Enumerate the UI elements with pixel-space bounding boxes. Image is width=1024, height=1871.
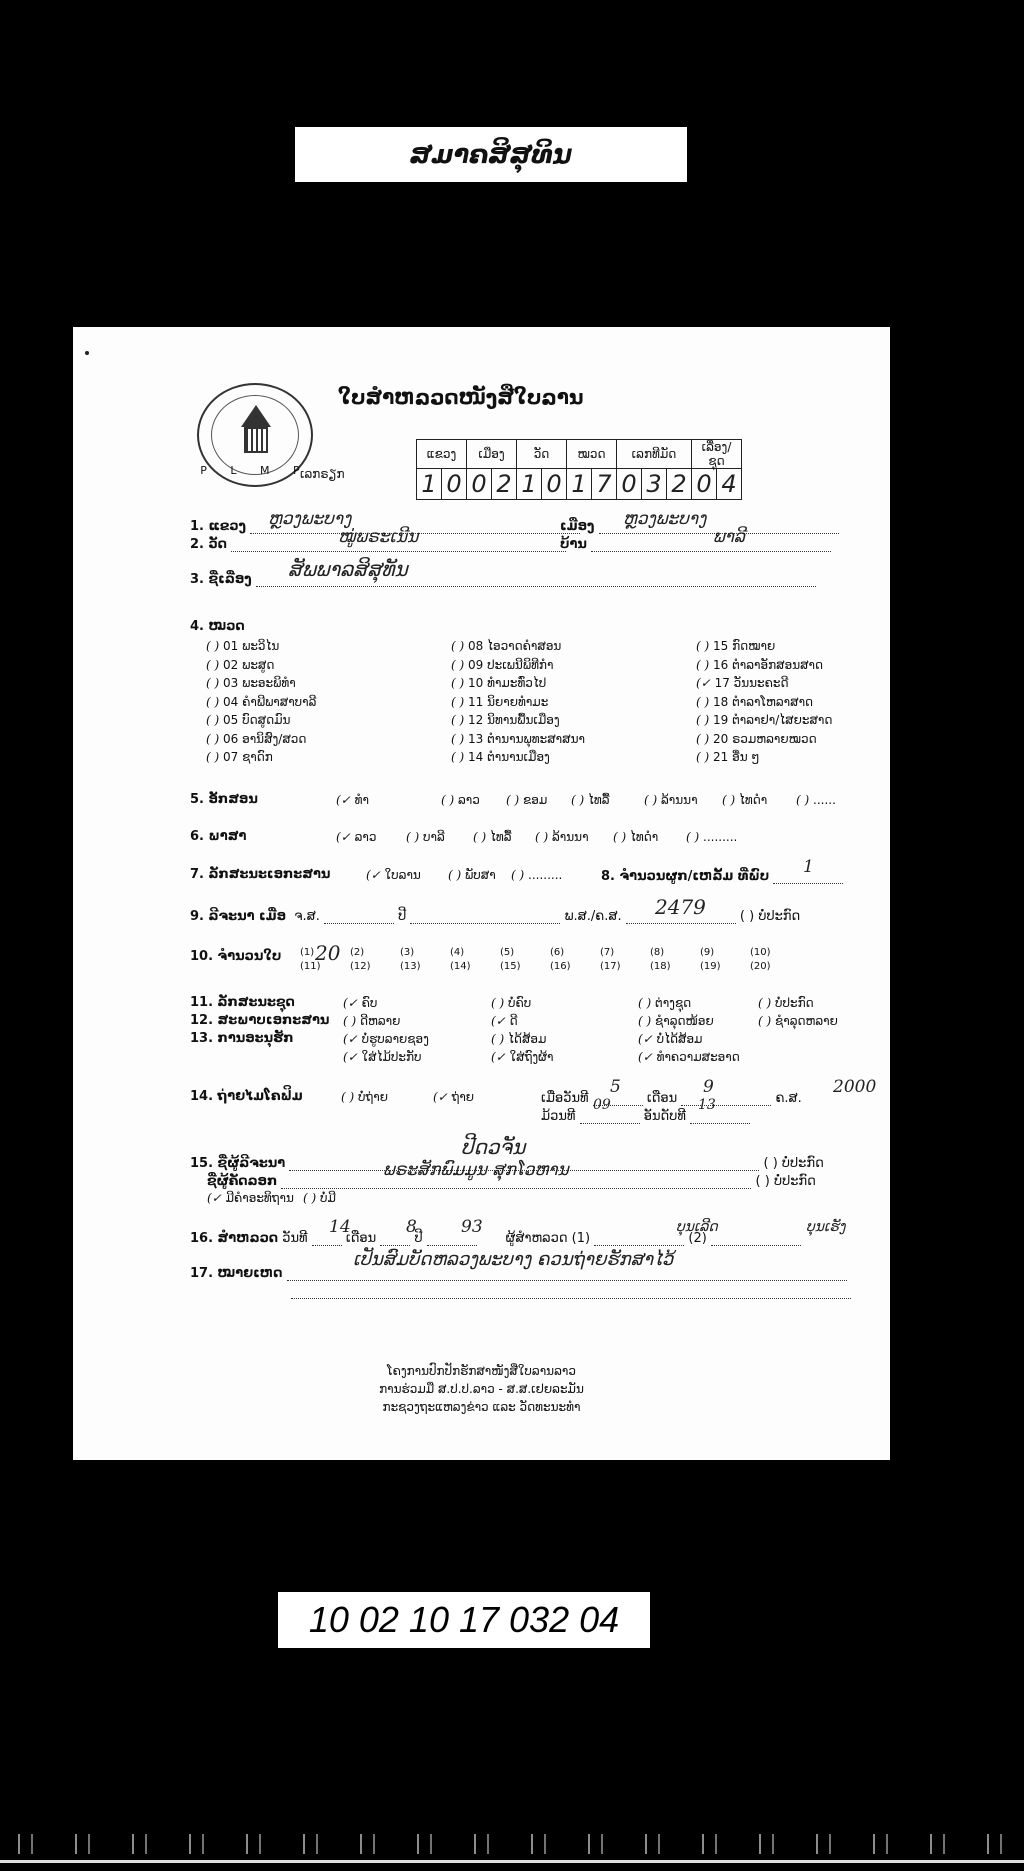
code-digit-cell: 3 [642,469,667,500]
checkbox[interactable]: ( ) [696,695,709,709]
checkbox[interactable]: ( ) [451,676,464,690]
date-unknown-checkbox[interactable]: ( ) ບໍ່ປະກົດ [740,909,800,924]
preservation-option[interactable]: (✓ ໃສ່ໄມ້ປະກັບ [343,1050,422,1064]
story-name-label: 3. ຊື່ເລື່ອງ [190,572,252,587]
checkbox[interactable]: (✓ [343,1050,358,1064]
checkbox[interactable]: (✓ [491,1014,506,1028]
cs-line[interactable] [324,907,394,924]
checkbox[interactable]: (✓ [343,1032,358,1046]
header-title-card: ສມາຄສິສຸທິນ [295,127,687,182]
leaf-slot[interactable]: (15) [500,961,521,972]
option-label: ຂອມ [523,793,547,807]
condition-label: 12. ສະພາບເອກະສານ [190,1013,329,1028]
category-option-13[interactable]: ( ) 13 ຕຳນານພຸທະສາສນາ [451,732,585,746]
leaf-count-value: 20 [315,941,340,965]
completeness-option[interactable]: (✓ ຄົບ [343,996,377,1010]
option-label: ທຳຄວາມສະອາດ [657,1050,740,1064]
survey-form-page: P L M P ໃບສຳຫລວດໜັງສືໃບລານ ເລກຣຽກ ແຂວງເມ… [73,327,890,1460]
microfilm-label: 14. ຖ່າຍໄມໂຄຟິມ [190,1089,303,1104]
checkbox[interactable]: (✓ [696,676,711,690]
preservation-option[interactable]: (✓ ບໍ່ໄດ້ສ້ອມ [638,1032,702,1046]
surveyor2-line[interactable] [711,1229,801,1246]
category-option-14[interactable]: ( ) 14 ຕຳນານເມືອງ [451,750,550,764]
code-digit-cell: 0 [692,469,717,500]
form-footer: ໂຄງການປົກປັກຮັກສາໜັງສືໃບລານລາວ ການຮ່ວມມື… [73,1362,890,1416]
checkbox[interactable]: ( ) [796,793,809,807]
checkbox[interactable]: ( ) [406,830,419,844]
survey-month-value: 8 [406,1217,417,1237]
leaf-slot[interactable]: (16) [550,961,571,972]
province-label: 1. ແຂວງ [190,519,246,534]
checkbox[interactable]: ( ) [696,732,709,746]
village-line[interactable] [591,535,831,552]
leaf-slot[interactable]: (7) [600,947,614,958]
checkbox[interactable]: ( ) [696,639,709,653]
field-village: ບ້ານ [560,535,831,552]
code-digit-cell: 1 [517,469,542,500]
option-label: ທຳ [355,793,369,807]
seal-acronym: P L M P [199,464,311,477]
leaf-slot[interactable]: (1) [300,947,314,958]
leaf-slot[interactable]: (9) [700,947,714,958]
village-value: ພາລີ [713,527,745,547]
code-digit-cell: 7 [592,469,617,500]
leaf-slot[interactable]: (5) [500,947,514,958]
field-copied-date: 9. ລີຈະນາ ເມື່ອ ຈ.ສ. ປີ ພ.ສ./ຄ.ສ. ( ) ບໍ… [190,907,800,924]
language-option[interactable]: (✓ ລາວ [336,830,376,844]
scribe-label: ຊື່ຜູ້ຄັດລອກ [207,1174,277,1189]
surveyor1-label: (1) [572,1231,590,1246]
doc-type-label: 7. ລັກສະນະເອກະສານ [190,867,330,882]
option-label: 09 ປະເພນີພິທີກຳ [468,658,553,672]
category-option-20[interactable]: ( ) 20 ຣວມຫລາຍໝວດ [696,732,817,746]
category-option-01[interactable]: ( ) 01 ພະວິໄນ [206,639,279,653]
leaf-slot[interactable]: (3) [400,947,414,958]
option-label: ດີຫລາຍ [360,1014,400,1028]
checkbox[interactable]: ( ) [613,830,626,844]
completeness-label: 11. ລັກສະນະຊຸດ [190,995,295,1010]
checkbox[interactable]: ( ) [644,793,657,807]
option-label: 11 ນິຍາຍທຳມະ [468,695,548,709]
temple-value: ໝູ່ພຣະເນີນ [338,527,418,547]
microfilm-date: ເມື່ອວັນທີ ເດືອນ ຄ.ສ. [541,1089,802,1106]
completeness-option[interactable]: ( ) ຕ່າງຊຸດ [638,996,691,1010]
microfilm-option[interactable]: (✓ ຖ່າຍ [433,1090,474,1104]
colophon-option[interactable]: ( ) ບໍ່ມີ [303,1191,336,1205]
checkbox[interactable]: ( ) [451,695,464,709]
leaf-slot[interactable]: (10) [750,947,771,958]
leaf-slot[interactable]: (19) [700,961,721,972]
scribe-value: ພຣະສັກພົມມູນ ສຸກໂວຫານ [383,1160,569,1180]
checkbox[interactable]: ( ) [638,1014,651,1028]
be-label: ພ.ສ./ຄ.ສ. [565,909,622,924]
preservation-option[interactable]: (✓ ໃສ່ຖົງຜ້າ [491,1050,554,1064]
checkbox[interactable]: ( ) [491,1032,504,1046]
option-label: 08 ໄອວາດຄຳສອນ [468,639,561,653]
script-option[interactable]: ( ) ລ້ານນາ [644,793,698,807]
province-value: ຫຼວງພະບາງ [268,509,351,529]
option-label: 17 ວັນນະຄະດີ [715,676,789,690]
category-option-12[interactable]: ( ) 12 ນິທານພື້ນເມືອງ [451,713,560,727]
category-option-03[interactable]: ( ) 03 ພະອະພິທຳ [206,676,296,690]
option-label: ບໍ່ໄດ້ສ້ອມ [657,1032,703,1046]
category-option-07[interactable]: ( ) 07 ຊາດົກ [206,750,273,764]
surveyor1-line[interactable] [594,1229,684,1246]
leaf-slot[interactable]: (13) [400,961,421,972]
option-label: ໄທລື້ [588,793,610,807]
option-label: 18 ຕຳລາໂຫລາສາດ [713,695,813,709]
script-option[interactable]: ( ) ລາວ [441,793,480,807]
category-option-17[interactable]: (✓ 17 ວັນນະຄະດີ [696,676,789,690]
leaf-slot[interactable]: (14) [450,961,471,972]
checkbox[interactable]: ( ) [758,996,771,1010]
option-label: 07 ຊາດົກ [223,750,273,764]
survey-label: 16. ສຳຫລວດ [190,1231,278,1246]
option-label: ໃບລານ [385,868,421,882]
leaf-slot[interactable]: (18) [650,961,671,972]
checkbox[interactable]: (✓ [638,1032,653,1046]
script-label: 5. ອັກສອນ [190,792,258,807]
checkbox[interactable]: (✓ [207,1191,222,1205]
leaf-slot[interactable]: (2) [350,947,364,958]
option-label: 06 ອານິສົງ/ສວດ [223,732,306,746]
mf-reel-value: 09 [593,1097,611,1113]
language-label: 6. ພາສາ [190,829,246,844]
speck [85,351,89,355]
checkbox[interactable]: (✓ [336,793,351,807]
option-label: 14 ຕຳນານເມືອງ [468,750,550,764]
checkbox[interactable]: ( ) [571,793,584,807]
category-option-05[interactable]: ( ) 05 ບົດສູດມົນ [206,713,290,727]
option-label: 13 ຕຳນານພຸທະສາສນາ [468,732,585,746]
code-digit-cell: 1 [567,469,592,500]
checkbox[interactable]: ( ) [535,830,548,844]
option-label: ພັບສາ [465,868,496,882]
mf-year-label: ຄ.ສ. [775,1091,801,1106]
option-label: ລ້ານນາ [552,830,589,844]
category-option-09[interactable]: ( ) 09 ປະເພນີພິທີກຳ [451,658,553,672]
option-label: 03 ພະອະພິທຳ [223,676,296,690]
option-label: ລາວ [458,793,480,807]
temple-seal-icon: P L M P [197,383,313,487]
checkbox[interactable]: ( ) [303,1191,316,1205]
year-label: ປີ [398,909,406,924]
option-label: ......... [528,868,562,882]
author-unknown-checkbox[interactable]: ( ) ບໍ່ປະກົດ [764,1156,824,1171]
category-option-19[interactable]: ( ) 19 ຕຳລາຢາ/ໄສຍະສາດ [696,713,832,727]
checkbox[interactable]: ( ) [511,868,524,882]
category-option-06[interactable]: ( ) 06 ອານິສົງ/ສວດ [206,732,306,746]
surveyor-label: ຜູ້ສຳຫລວດ [506,1231,568,1246]
option-label: ມີຄຳອະທິຖານ [226,1191,294,1205]
completeness-option[interactable]: ( ) ບໍ່ປະກົດ [758,996,814,1010]
category-option-21[interactable]: ( ) 21 ອື່ນ ໆ [696,750,760,764]
category-label: 4. ໝວດ [190,619,245,634]
be-value: 2479 [655,895,706,919]
preservation-option[interactable]: (✓ ບໍ່ຮູບລາຍຊອງ [343,1032,429,1046]
category-option-04[interactable]: ( ) 04 ຄຳພີພາສາບາລີ [206,695,316,709]
checkbox[interactable]: ( ) [206,713,219,727]
notes-line-2-row [291,1282,851,1299]
language-option[interactable]: ( ) ໄທລື້ [473,830,512,844]
notes-label: 17. ໝາຍເຫດ [190,1266,282,1281]
condition-option[interactable]: ( ) ຊຳລຸດຫລາຍ [758,1014,838,1028]
author-value: ປີດວຈັນ [461,1135,525,1159]
option-label: ......... [703,830,737,844]
checkbox[interactable]: ( ) [758,1014,771,1028]
option-label: ໄທລື້ [490,830,512,844]
code-header-cell: ແຂວງ [417,440,467,469]
checkbox[interactable]: (✓ [491,1050,506,1064]
survey-day-label: ວັນທີ [282,1231,307,1246]
language-option[interactable]: ( ) ລ້ານນາ [535,830,589,844]
checkbox[interactable]: (✓ [366,868,381,882]
code-digit-cell: 0 [442,469,467,500]
film-code-card: 10 02 10 17 032 04 [278,1592,650,1648]
footer-line-ministry: ກະຊວງຖະແຫລງຂ່າວ ແລະ ວັດທະນະທຳ [73,1398,890,1416]
category-option-08[interactable]: ( ) 08 ໄອວາດຄຳສອນ [451,639,561,653]
checkbox[interactable]: ( ) [686,830,699,844]
option-label: ບໍ່ຄົບ [508,996,531,1010]
mf-month-label: ເດືອນ [647,1091,677,1106]
checkbox[interactable]: (✓ [343,996,358,1010]
surveyor2-value: ບຸນເຮັງ [806,1219,846,1235]
checkbox[interactable]: ( ) [451,658,464,672]
story-name-value: ສັພພາລສິສຸທັນ [288,557,408,581]
option-label: 19 ຕຳລາຢາ/ໄສຍະສາດ [713,713,832,727]
reference-label: ເລກຣຽກ [300,467,345,481]
survey-year-value: 93 [461,1217,483,1237]
doc-type-option[interactable]: ( ) ......... [511,868,562,882]
code-table: ແຂວງເມືອງວັດໝວດເລກທີມັດເລື່ອງ/ຊຸດ 100210… [416,439,742,500]
option-label: ...... [813,793,836,807]
option-label: 21 ອື່ນ ໆ [713,750,759,764]
checkbox[interactable]: ( ) [451,750,464,764]
leaf-slot[interactable]: (8) [650,947,664,958]
script-option[interactable]: ( ) ໄທດຳ [722,793,767,807]
checkbox[interactable]: ( ) [451,639,464,653]
language-option[interactable]: ( ) ບາລີ [406,830,445,844]
mf-month-value: 9 [703,1077,714,1097]
surveyor1-value: ບຸນເລີດ [676,1219,718,1235]
header-title: ສມາຄສິສຸທິນ [410,140,572,170]
option-label: ໃສ່ຖົງຜ້າ [510,1050,554,1064]
code-digit-cell: 2 [667,469,692,500]
option-label: ບາລີ [423,830,445,844]
checkbox[interactable]: (✓ [433,1090,448,1104]
option-label: ດີ [510,1014,518,1028]
footer-line-project: ໂຄງການປົກປັກຮັກສາໜັງສືໃບລານລາວ [73,1362,890,1380]
code-header-cell: ເລກທີມັດ [617,440,692,469]
mf-year-value: 2000 [833,1077,876,1097]
checkbox[interactable]: ( ) [696,658,709,672]
code-header-cell: ໝວດ [567,440,617,469]
option-label: ໃສ່ໄມ້ປະກັບ [362,1050,422,1064]
code-digit-cell: 2 [492,469,517,500]
checkbox[interactable]: ( ) [491,996,504,1010]
option-label: ຊຳລຸດຫລາຍ [775,1014,838,1028]
option-label: ຊຳລຸດໜ້ອຍ [655,1014,714,1028]
notes-line-2[interactable] [291,1282,851,1299]
code-header-cell: ເລື່ອງ/ຊຸດ [692,440,742,469]
option-label: ໄທດຳ [739,793,767,807]
cs-label: ຈ.ສ. [294,909,320,924]
mf-month-line[interactable] [681,1089,771,1106]
mf-seq-label: ອັນດັບທີ [644,1109,686,1124]
option-label: ຖ່າຍ [452,1090,474,1104]
film-edge-marks [0,1834,1024,1854]
year-line[interactable] [410,907,560,924]
checkbox[interactable]: ( ) [206,750,219,764]
category-option-15[interactable]: ( ) 15 ກົດໝາຍ [696,639,775,653]
checkbox[interactable]: ( ) [206,658,219,672]
mf-seq-value: 13 [698,1097,716,1113]
option-label: 20 ຣວມຫລາຍໝວດ [713,732,817,746]
checkbox[interactable]: ( ) [343,1014,356,1028]
leaf-slot[interactable]: (20) [750,961,771,972]
checkbox[interactable]: ( ) [451,713,464,727]
film-edge-line [0,1860,1024,1863]
checkbox[interactable]: ( ) [696,713,709,727]
code-digit-cell: 0 [467,469,492,500]
option-label: 05 ບົດສູດມົນ [223,713,290,727]
code-digit-cell: 1 [417,469,442,500]
preservation-option[interactable]: ( ) ໄດ້ສ້ອມ [491,1032,546,1046]
notes-value: ເປັນສົມບັດຫລວງພະບາງ ຄວນຖ່າຍຮັກສາໄວ້ [353,1249,673,1270]
code-digit-cell: 0 [542,469,567,500]
film-code: 10 02 10 17 032 04 [309,1599,619,1641]
checkbox[interactable]: ( ) [451,732,464,746]
category-option-10[interactable]: ( ) 10 ທຳມະທົ່ວໄປ [451,676,546,690]
mf-reel-label: ມ້ວນທີ [541,1109,575,1124]
option-label: ລາວ [355,830,377,844]
code-header-cell: ວັດ [517,440,567,469]
preservation-option[interactable]: (✓ ທຳຄວາມສະອາດ [638,1050,740,1064]
footer-line-cooperation: ການຮ່ວມມື ສ.ປ.ປ.ລາວ - ສ.ສ.ເຢຍລະມັນ [73,1380,890,1398]
option-label: ລ້ານນາ [661,793,698,807]
option-label: 02 ພະສູດ [223,658,274,672]
mf-day-label: ເມື່ອວັນທີ [541,1091,589,1106]
category-option-18[interactable]: ( ) 18 ຕຳລາໂຫລາສາດ [696,695,813,709]
author-label: 15. ຊື່ຜູ້ລີຈະນາ [190,1156,285,1171]
checkbox[interactable]: ( ) [206,695,219,709]
leaf-slot[interactable]: (6) [550,947,564,958]
option-label: 04 ຄຳພີພາສາບາລີ [223,695,316,709]
checkbox[interactable]: ( ) [448,868,461,882]
language-option[interactable]: ( ) ......... [686,830,737,844]
checkbox[interactable]: ( ) [638,996,651,1010]
checkbox[interactable]: (✓ [638,1050,653,1064]
script-option[interactable]: ( ) ຂອມ [506,793,547,807]
bundle-count-label: 8. ຈຳນວນຜູກ/ເຫລັ້ມ ທີ່ພົບ [601,869,769,884]
option-label: ໄທດຳ [630,830,658,844]
script-option[interactable]: ( ) ...... [796,793,836,807]
completeness-option[interactable]: ( ) ບໍ່ຄົບ [491,996,531,1010]
option-label: 12 ນິທານພື້ນເມືອງ [468,713,560,727]
code-digit-cell: 0 [617,469,642,500]
leaf-slot[interactable]: (17) [600,961,621,972]
bundle-count-value: 1 [803,857,814,877]
checkbox[interactable]: ( ) [722,793,735,807]
leaf-count-label: 10. ຈຳນວນໃບ [190,949,281,964]
copied-date-label: 9. ລີຈະນາ ເມື່ອ [190,909,286,924]
district-value: ຫຼວງພະບາງ [623,509,706,529]
script-option[interactable]: ( ) ໄທລື້ [571,793,610,807]
option-label: ບໍ່ຮູບລາຍຊອງ [362,1032,429,1046]
leaf-slot[interactable]: (4) [450,947,464,958]
leaf-slot[interactable]: (12) [350,961,371,972]
microfilm-reel: ມ້ວນທີ ອັນດັບທີ [541,1107,750,1124]
checkbox[interactable]: ( ) [473,830,486,844]
option-label: ບໍ່ມີ [320,1191,336,1205]
option-label: 15 ກົດໝາຍ [713,639,775,653]
category-option-11[interactable]: ( ) 11 ນິຍາຍທຳມະ [451,695,548,709]
option-label: 01 ພະວິໄນ [223,639,279,653]
option-label: ບໍ່ປະກົດ [775,996,814,1010]
code-digit-cell: 4 [717,469,742,500]
checkbox[interactable]: ( ) [506,793,519,807]
option-label: ຄົບ [362,996,378,1010]
option-label: ໄດ້ສ້ອມ [508,1032,546,1046]
survey-day-value: 14 [329,1217,351,1237]
mf-day-value: 5 [610,1077,621,1097]
checkbox[interactable]: ( ) [206,676,219,690]
temple-label: 2. ວັດ [190,537,227,552]
script-option[interactable]: (✓ ທຳ [336,793,369,807]
preservation-label: 13. ການອະນຸຮັກ [190,1031,294,1046]
checkbox[interactable]: (✓ [336,830,351,844]
field-story-name: 3. ຊື່ເລື່ອງ [190,570,816,587]
option-label: ບໍ່ຖ່າຍ [358,1090,388,1104]
checkbox[interactable]: ( ) [341,1090,354,1104]
scribe-unknown-checkbox[interactable]: ( ) ບໍ່ປະກົດ [756,1174,816,1189]
option-label: ຕ່າງຊຸດ [655,996,691,1010]
checkbox[interactable]: ( ) [206,639,219,653]
condition-option[interactable]: (✓ ດີ [491,1014,518,1028]
condition-option[interactable]: ( ) ດີຫລາຍ [343,1014,400,1028]
temple-icon [241,405,271,455]
category-option-16[interactable]: ( ) 16 ຕຳລາອັກສອນສາດ [696,658,823,672]
doc-type-option[interactable]: ( ) ພັບສາ [448,868,496,882]
microfilm-option[interactable]: ( ) ບໍ່ຖ່າຍ [341,1090,388,1104]
checkbox[interactable]: ( ) [696,750,709,764]
language-option[interactable]: ( ) ໄທດຳ [613,830,658,844]
checkbox[interactable]: ( ) [441,793,454,807]
option-label: 10 ທຳມະທົ່ວໄປ [468,676,546,690]
condition-option[interactable]: ( ) ຊຳລຸດໜ້ອຍ [638,1014,714,1028]
form-title: ໃບສຳຫລວດໜັງສືໃບລານ [338,385,584,409]
category-option-02[interactable]: ( ) 02 ພະສູດ [206,658,274,672]
option-label: 16 ຕຳລາອັກສອນສາດ [713,658,823,672]
doc-type-option[interactable]: (✓ ໃບລານ [366,868,421,882]
checkbox[interactable]: ( ) [206,732,219,746]
code-header-cell: ເມືອງ [467,440,517,469]
district-label: ເມືອງ [560,519,594,534]
colophon-option[interactable]: (✓ ມີຄຳອະທິຖານ [207,1191,294,1205]
village-label: ບ້ານ [560,537,587,552]
